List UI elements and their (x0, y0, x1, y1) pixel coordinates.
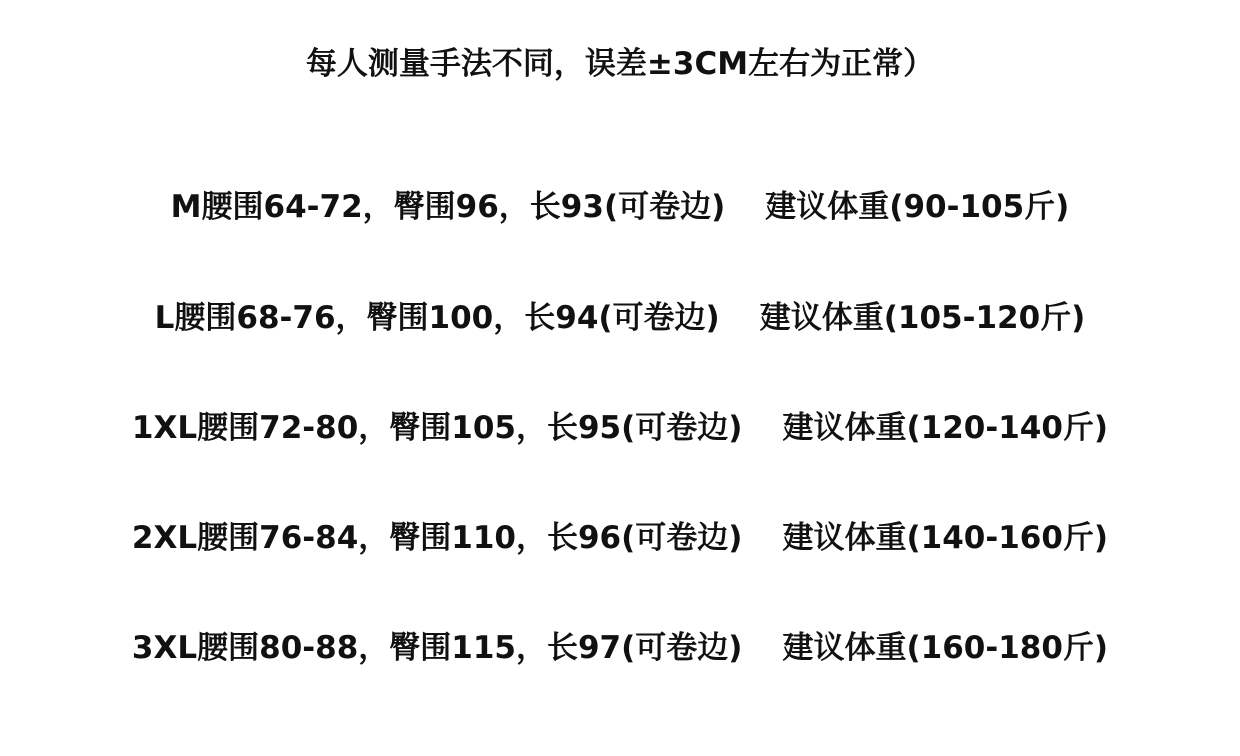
suggested-weight: 建议体重(120-140斤) (782, 410, 1108, 446)
suggested-weight: 建议体重(140-160斤) (782, 520, 1108, 556)
size-measurements: 腰围72-80，臀围105，长95(可卷边) (197, 410, 742, 446)
size-row-3xl: 3XL腰围80-88，臀围115，长97(可卷边)建议体重(160-180斤) (0, 628, 1240, 668)
size-label: 2XL (132, 520, 197, 556)
size-row-l: L腰围68-76，臀围100，长94(可卷边)建议体重(105-120斤) (0, 298, 1240, 338)
size-measurements: 腰围76-84，臀围110，长96(可卷边) (197, 520, 742, 556)
size-label: L (155, 300, 175, 336)
size-label: 1XL (132, 410, 197, 446)
size-label: 3XL (132, 630, 197, 666)
size-measurements: 腰围68-76，臀围100，长94(可卷边) (174, 300, 719, 336)
size-measurements: 腰围80-88，臀围115，长97(可卷边) (197, 630, 742, 666)
suggested-weight: 建议体重(105-120斤) (760, 300, 1086, 336)
size-label: M (171, 189, 202, 225)
measurement-note: 每人测量手法不同，误差±3CM左右为正常） (0, 44, 1240, 84)
suggested-weight: 建议体重(160-180斤) (782, 630, 1108, 666)
suggested-weight: 建议体重(90-105斤) (765, 189, 1069, 225)
size-measurements: 腰围64-72，臀围96，长93(可卷边) (202, 189, 726, 225)
size-row-1xl: 1XL腰围72-80，臀围105，长95(可卷边)建议体重(120-140斤) (0, 408, 1240, 448)
size-row-m: M腰围64-72，臀围96，长93(可卷边)建议体重(90-105斤) (0, 187, 1240, 227)
size-row-2xl: 2XL腰围76-84，臀围110，长96(可卷边)建议体重(140-160斤) (0, 518, 1240, 558)
